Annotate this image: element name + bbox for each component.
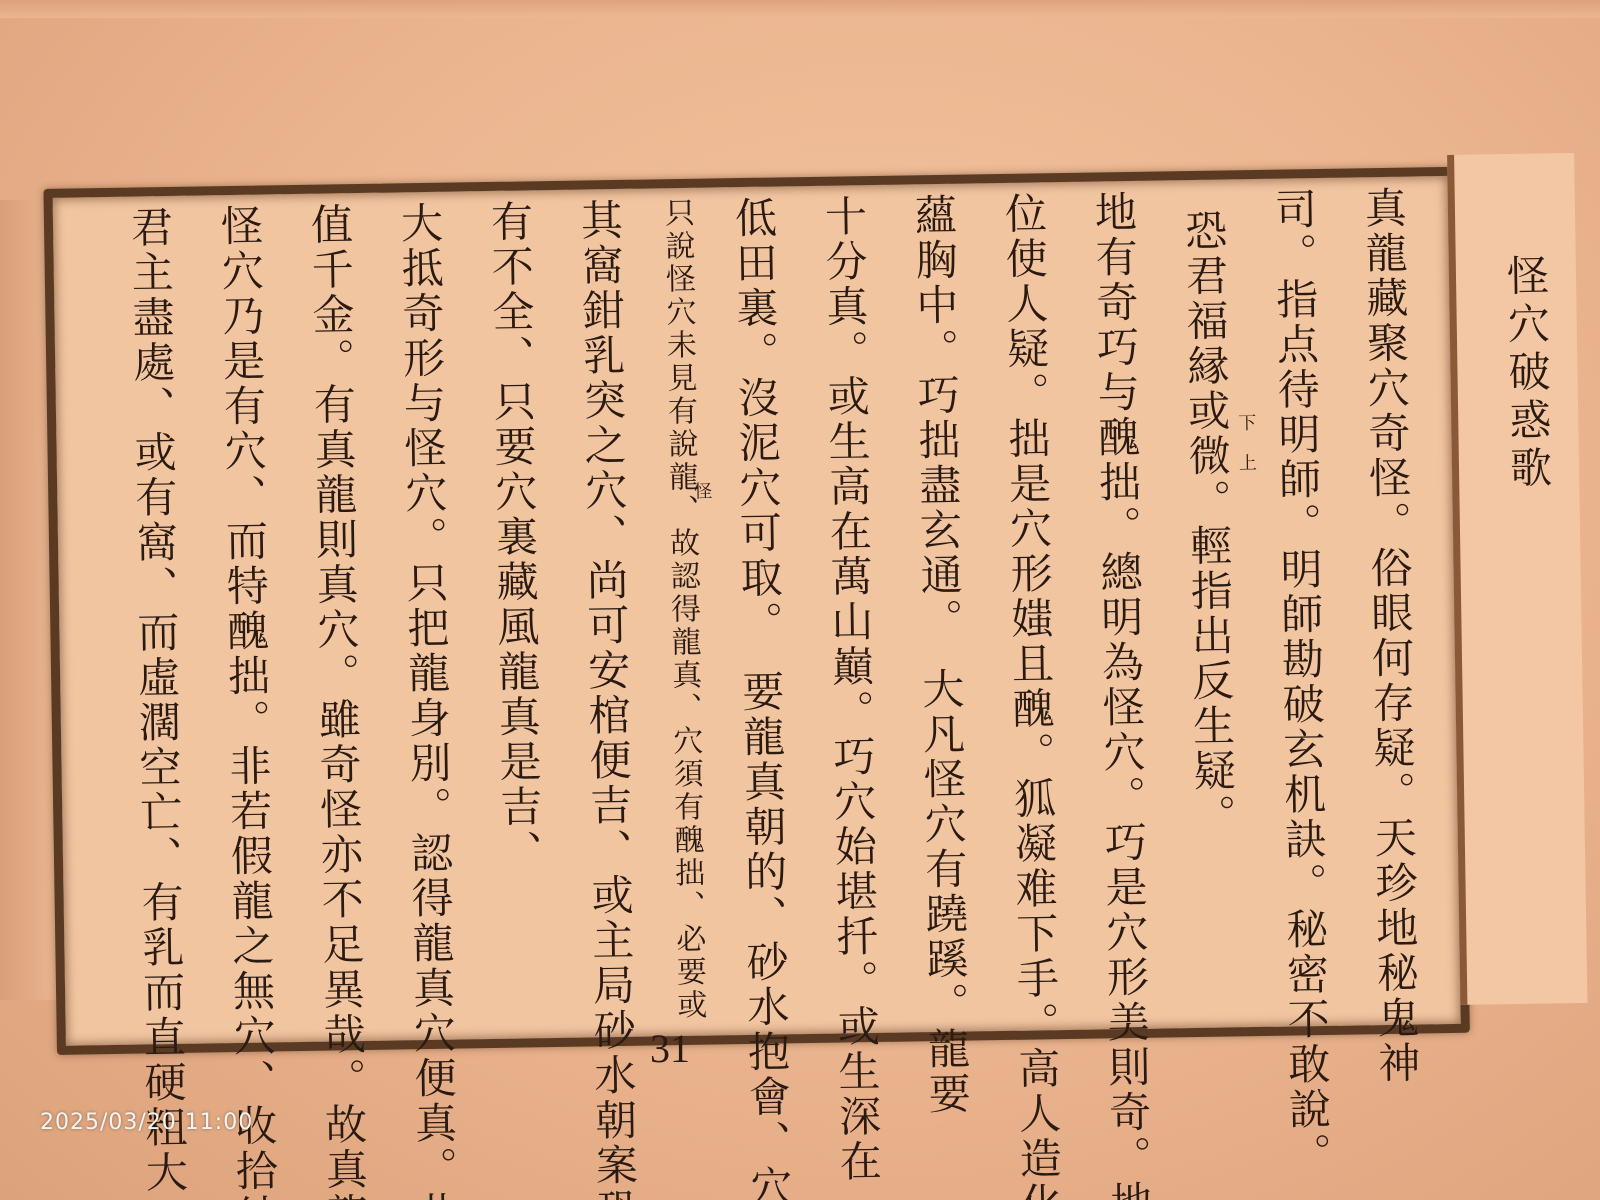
text-column-3: 恐君福縁或微。輕指出反生疑。: [1162, 188, 1257, 999]
manuscript-page: 怪穴破惑歌 真龍藏聚穴奇怪。俗眼何存疑。天珍地秘鬼神 司。指点待明師。明師勘破玄…: [43, 153, 1576, 1047]
manuscript-title: 怪穴破惑歌: [1495, 253, 1559, 494]
text-column-12: 大抵奇形与怪穴。只把龍身別。認得龍真穴便真。此訣: [378, 200, 473, 1011]
margin-note-guai: 怪: [688, 481, 714, 499]
text-column-1: 真龍藏聚穴奇怪。俗眼何存疑。天珍地秘鬼神: [1342, 185, 1437, 996]
text-column-7: 十分真。或生高在萬山巔。巧穴始堪扦。或生深在: [802, 194, 897, 1005]
margin-note-xia: 下: [1232, 413, 1258, 431]
text-column-11: 有不全、只要穴裏藏風龍真是吉、: [468, 199, 563, 1010]
margin-note-shang: 上: [1233, 453, 1259, 471]
text-column-10: 其窩鉗乳突之穴、尚可安棺便吉、或主局砂水朝案恐: [558, 198, 653, 1009]
text-column-15: 君主盡處、或有窩、而虛濶空亡、有乳而直硬粗大: [108, 205, 203, 1016]
page-number: 31: [650, 1025, 690, 1072]
text-column-5: 位使人疑。拙是穴形媸且醜。狐凝难下手。高人造化: [982, 191, 1077, 1002]
text-column-6: 蘊胸中。巧拙盡玄通。 大凡怪穴有蹺蹊。龍要: [892, 192, 987, 1003]
text-column-4: 地有奇巧与醜拙。總明為怪穴。巧是穴形美則奇。地: [1072, 190, 1167, 1001]
photo-timestamp: 2025/03/20 11:00: [40, 1110, 253, 1135]
manuscript-body: 真龍藏聚穴奇怪。俗眼何存疑。天珍地秘鬼神 司。指点待明師。明師勘破玄机訣。秘密不…: [84, 185, 1437, 1016]
previous-page-edge: [0, 0, 1600, 18]
text-column-2: 司。指点待明師。明師勘破玄机訣。秘密不敢說。: [1252, 187, 1347, 998]
text-column-8: 低田裏。沒泥穴可取。 要龍真朝的、砂水抱會、穴必在焉、: [712, 195, 807, 1006]
text-column-14: 怪穴乃是有穴、而特醜拙。非若假龍之無穴、收拾結果。: [198, 203, 293, 1014]
text-column-9-commentary: 只說怪穴未見有說龍、故認得龍真、穴須有醜拙、必要或: [648, 197, 717, 1008]
text-column-13: 值千金。有真龍則真穴。雖奇怪亦不足異哉。故真龍: [288, 202, 383, 1013]
